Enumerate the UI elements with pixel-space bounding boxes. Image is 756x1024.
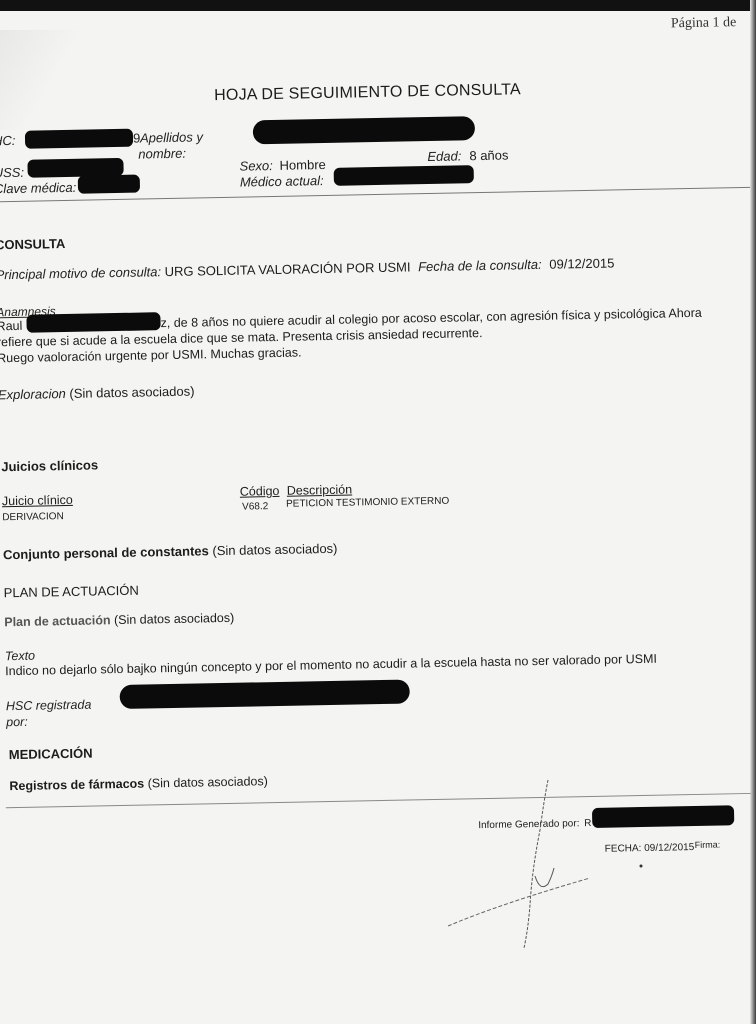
- handwritten-signature: [0, 0, 756, 1024]
